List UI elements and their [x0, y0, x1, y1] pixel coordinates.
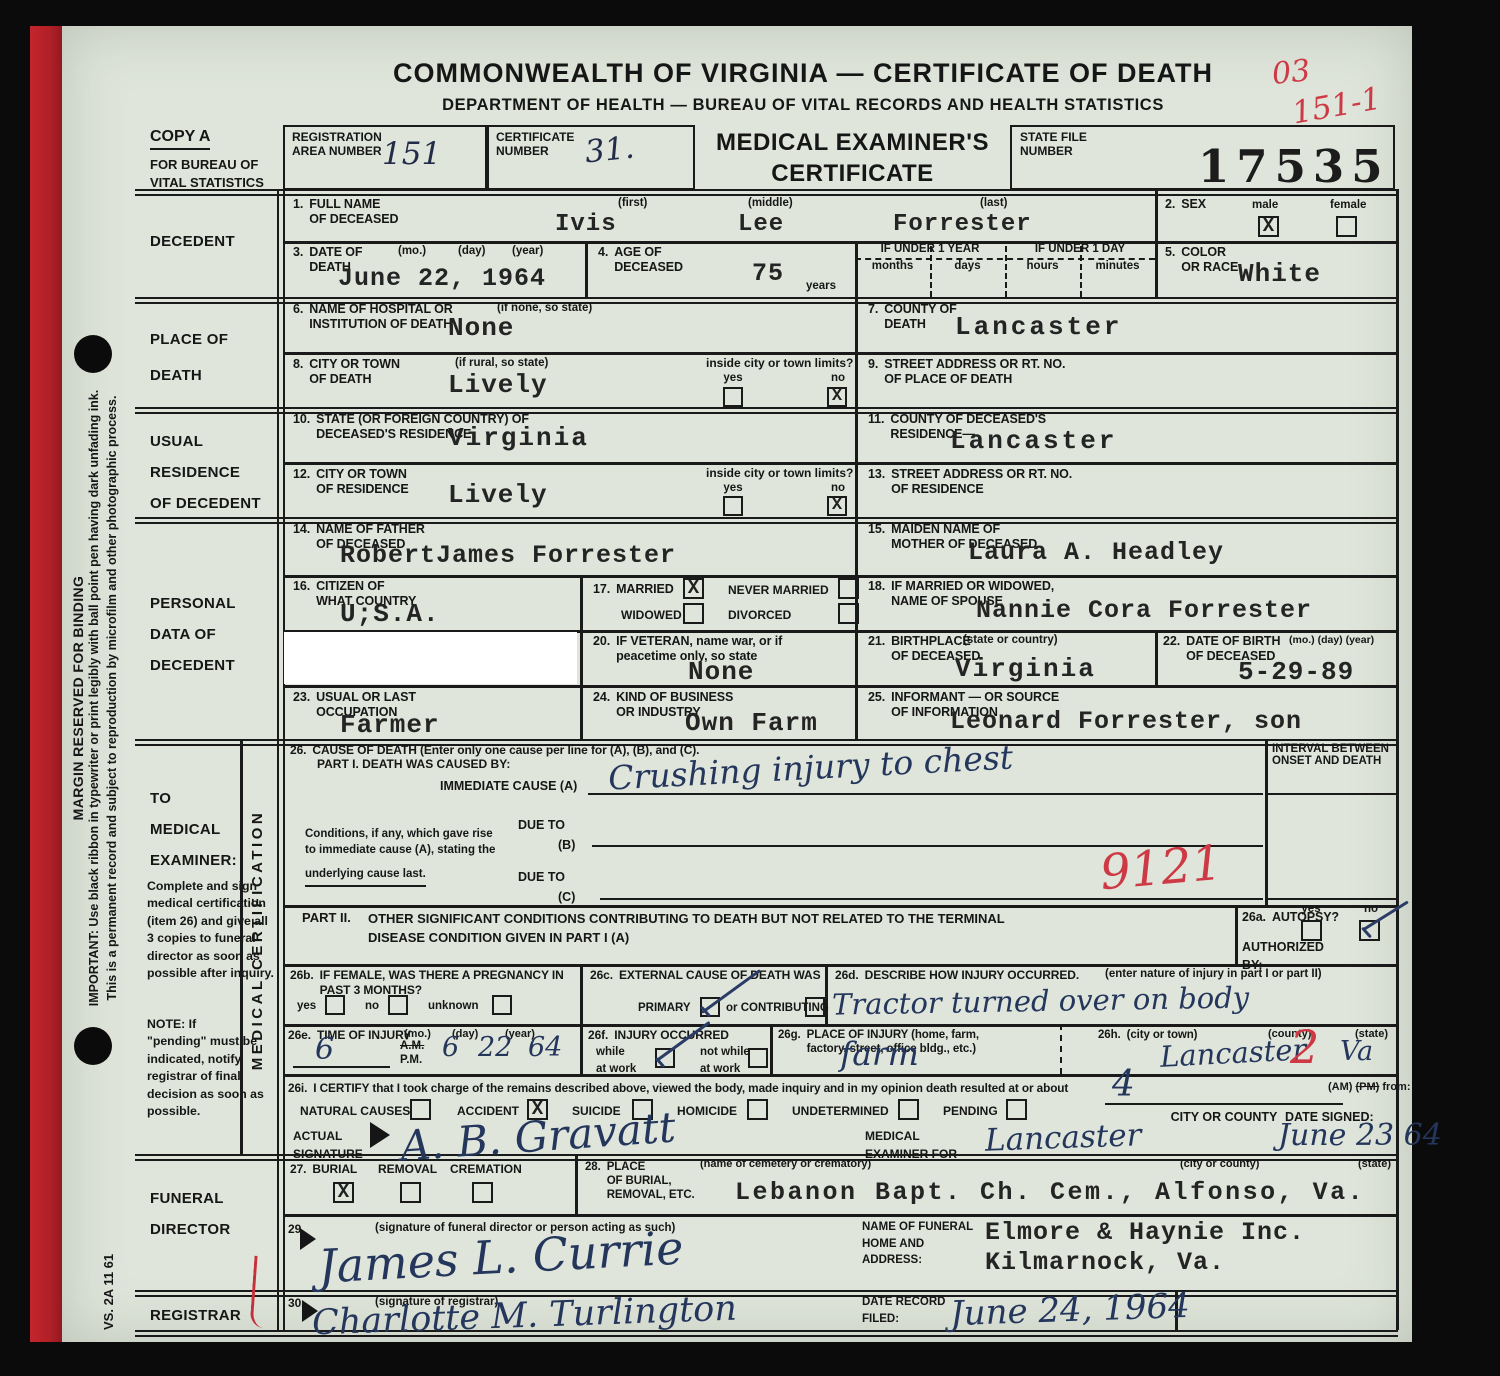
checkbox-pregnancy-yes [325, 995, 345, 1015]
divorced-label: DIVORCED [728, 608, 791, 622]
interval-label: INTERVAL BETWEEN ONSET AND DEATH [1272, 743, 1389, 767]
mo-caption: (mo.) [404, 1028, 431, 1040]
state-file-number-label: STATE FILE NUMBER [1020, 130, 1087, 158]
informant-value: Leonard Forrester, son [950, 707, 1302, 736]
city-of-death-value: Lively [448, 370, 548, 400]
checkbox-divorced [838, 603, 859, 624]
x-mark: X [1263, 215, 1274, 237]
certify-text: I CERTIFY that I took charge of the rema… [313, 1081, 1068, 1095]
field-number: 26b. [290, 968, 314, 983]
conditions-note-underlined: underlying cause last. [305, 866, 426, 887]
date-signed-value: June 23 64 [1278, 1118, 1442, 1153]
full-name-label: FULL NAME OF DECEASED [309, 197, 398, 228]
city-residence-value: Lively [448, 480, 548, 510]
checkbox-contributing [805, 997, 825, 1017]
pending-note: NOTE: If "pending" must be indicated, no… [147, 1016, 264, 1121]
divider [1155, 189, 1158, 297]
if-under-1-year-label: IF UNDER 1 YEAR [855, 243, 1005, 255]
copy-a-block: COPY A FOR BUREAU OF VITAL STATISTICS [150, 128, 264, 193]
divider [277, 189, 285, 1330]
cremation-label: CREMATION [450, 1162, 522, 1176]
divider [283, 964, 1398, 967]
checkbox-limits-yes [723, 387, 743, 407]
not-while-at-work-label: not while at work [700, 1044, 750, 1079]
checkbox-burial: X [333, 1182, 354, 1203]
field-number: 26g. [778, 1028, 801, 1042]
yes-label: yes [705, 482, 761, 494]
from-caption: from: [1382, 1081, 1410, 1093]
field-number: 18. [868, 579, 885, 594]
unknown-label: unknown [428, 1000, 478, 1012]
removal-label: REMOVAL [378, 1162, 437, 1176]
checkbox-pending [1006, 1099, 1027, 1120]
red-annotation-top: 03 [1270, 53, 1312, 92]
field-number: 14. [293, 522, 310, 537]
date-of-birth-value: 5-29-89 [1238, 657, 1354, 687]
section-to-medical-examiner: TO MEDICAL EXAMINER: [150, 784, 237, 876]
sex-label: SEX [1181, 197, 1206, 212]
county-residence-value: Lancaster [950, 426, 1117, 456]
mother-name-value: Laura A. Headley [968, 538, 1224, 567]
natural-causes-label: NATURAL CAUSES [300, 1104, 410, 1118]
place-of-injury-value: farm [840, 1034, 919, 1073]
state-or-country-caption: (state or country) [963, 634, 1058, 646]
checkbox-limits-no: X [827, 387, 847, 407]
section-registrar: REGISTRAR [150, 1301, 241, 1332]
checkbox-sex-female [1336, 216, 1357, 237]
cause-of-death-heading: CAUSE OF DEATH (Enter only one cause per… [312, 743, 699, 758]
x-mark: X [832, 387, 842, 406]
state-file-number-value: 17535 [1198, 140, 1390, 193]
year-caption: (year) [512, 245, 543, 257]
checkbox-sex-male: X [1258, 216, 1279, 237]
pregnancy-label: IF FEMALE, WAS THERE A PREGNANCY IN PAST… [320, 968, 564, 997]
scanned-death-certificate: MARGIN RESERVED FOR BINDING IMPORTANT: U… [0, 0, 1500, 1376]
primary-label: PRIMARY [638, 1002, 691, 1014]
checkbox-pregnancy-no [388, 995, 408, 1015]
never-married-label: NEVER MARRIED [728, 583, 829, 597]
field-number: 27. [290, 1162, 306, 1177]
field-number: 4. [598, 245, 608, 260]
copy-a-sublabel: FOR BUREAU OF VITAL STATISTICS [150, 156, 264, 193]
color-or-race-value: White [1238, 259, 1321, 289]
x-mark: X [688, 577, 699, 599]
field-number: 24. [593, 690, 610, 705]
checkbox-cremation [472, 1182, 493, 1203]
pm-caption-struck: (PM) [1356, 1081, 1380, 1093]
section-place-of-death: PLACE OF DEATH [150, 322, 228, 394]
checkbox-pregnancy-unknown [492, 995, 512, 1015]
date-record-filed-value: June 24, 1964 [949, 1286, 1190, 1334]
resulted-time-value: 4 [1112, 1064, 1135, 1105]
divider [283, 1024, 1398, 1027]
injury-occurred-label: INJURY OCCURRED [614, 1028, 729, 1043]
if-rural-caption: (if rural, so state) [455, 357, 548, 369]
field-number: 9. [868, 357, 878, 372]
checkbox-widowed [683, 603, 704, 624]
field-number: 5. [1165, 245, 1175, 260]
cause-c-line [600, 898, 1263, 900]
field-number: 26h. [1098, 1028, 1121, 1042]
examiner-instructions: Complete and sign medical certification … [147, 878, 274, 983]
city-county-caption: (city or county) [1180, 1158, 1259, 1170]
minutes-label: minutes [1080, 260, 1155, 272]
widowed-label: WIDOWED [621, 608, 682, 622]
father-name-value: RobertJames Forrester [340, 541, 676, 570]
am-label-struck: A.M. [400, 1040, 424, 1052]
field-number: 15. [868, 522, 885, 537]
city-or-county-line [1105, 1103, 1343, 1105]
no-label: no [365, 1000, 379, 1012]
spouse-value: Nannie Cora Forrester [976, 596, 1312, 625]
place-of-burial-value: Lebanon Bapt. Ch. Cem., Alfonso, Va. [735, 1178, 1365, 1207]
date-record-filed-label: DATE RECORD FILED: [862, 1294, 945, 1327]
binding-red-strip [30, 26, 64, 1342]
street-address-death-label: STREET ADDRESS OR RT. NO. OF PLACE OF DE… [884, 357, 1065, 388]
homicide-label: HOMICIDE [677, 1104, 737, 1118]
limits-question: inside city or town limits? [706, 466, 853, 480]
business-value: Own Farm [685, 708, 818, 738]
part1-label: PART I. DEATH WAS CAUSED BY: [317, 757, 510, 771]
medical-examiner-for-value: Lancaster [984, 1117, 1142, 1158]
divider [585, 241, 588, 297]
state-caption: (state) [1358, 1158, 1391, 1170]
divider [825, 964, 828, 1024]
margin-heading: MARGIN RESERVED FOR BINDING [70, 74, 86, 1322]
yes-label: yes [1288, 903, 1334, 915]
redacted-area [284, 632, 577, 684]
certificate-number-value: 31. [583, 130, 636, 171]
veteran-value: None [688, 657, 754, 687]
checkbox-undetermined [898, 1099, 919, 1120]
county-of-death-value: Lancaster [955, 312, 1122, 342]
no-label: no [810, 482, 866, 494]
checkbox-never-married [838, 578, 859, 599]
divider [1155, 630, 1158, 685]
section-usual-residence: USUAL RESIDENCE OF DECEDENT [150, 427, 261, 519]
field-number: 21. [868, 634, 885, 649]
cause-b-label: (B) [558, 838, 575, 852]
burial-label: BURIAL [312, 1162, 357, 1177]
limits-question: inside city or town limits? [706, 356, 853, 370]
divider [135, 189, 1398, 196]
field-number: 22. [1163, 634, 1180, 649]
last-caption: (last) [980, 197, 1007, 209]
arrow-icon [370, 1122, 390, 1148]
form-number: VS. 2A 11 61 [101, 1202, 116, 1330]
male-label: male [1252, 199, 1278, 211]
funeral-home-name: Elmore & Haynie Inc. [985, 1218, 1305, 1247]
section-personal-data: PERSONAL DATA OF DECEDENT [150, 589, 236, 681]
cemetery-caption: (name of cemetery or crematory) [700, 1158, 871, 1170]
x-mark: X [832, 496, 842, 515]
divider [1060, 1024, 1062, 1074]
county-of-death-label: COUNTY OF DEATH [884, 302, 956, 333]
external-cause-label: EXTERNAL CAUSE OF DEATH WAS [619, 968, 821, 983]
document-title: COMMONWEALTH OF VIRGINIA — CERTIFICATE O… [283, 58, 1323, 89]
checkbox-homicide [747, 1099, 768, 1120]
divider [283, 905, 1398, 908]
copy-a-label: COPY A [150, 128, 210, 150]
street-address-residence-label: STREET ADDRESS OR RT. NO. OF RESIDENCE [891, 467, 1072, 498]
red-code-value: 9121 [1098, 835, 1225, 901]
field-number: 28. [585, 1160, 601, 1174]
dob-caption: (mo.) (day) (year) [1289, 634, 1374, 646]
part2-number: PART II. [302, 910, 351, 925]
am-pm-from: (AM) (PM) from: [1328, 1081, 1411, 1093]
time-of-injury-value: 6 [315, 1032, 334, 1067]
certificate-number-label: CERTIFICATE NUMBER [496, 130, 574, 158]
field-number: 25. [868, 690, 885, 705]
injury-year-value: 64 [528, 1032, 562, 1063]
checkbox-removal [400, 1182, 421, 1203]
hospital-value: None [448, 313, 514, 343]
funeral-home-label: NAME OF FUNERAL HOME AND ADDRESS: [862, 1219, 973, 1269]
pending-label: PENDING [943, 1104, 998, 1118]
field-number: 1. [293, 197, 303, 212]
x-mark: X [338, 1181, 349, 1203]
last-name-value: Forrester [893, 211, 1032, 238]
divider [770, 1024, 773, 1074]
part2-text: OTHER SIGNIFICANT CONDITIONS CONTRIBUTIN… [368, 910, 1005, 948]
field-number: 26c. [590, 968, 613, 983]
hours-label: hours [1005, 260, 1080, 272]
field-number: 26. [290, 743, 306, 758]
middle-caption: (middle) [748, 197, 793, 209]
occupation-value: Farmer [340, 710, 440, 740]
checkbox-married: X [683, 578, 704, 599]
divider [283, 352, 1398, 355]
divider [580, 1024, 583, 1074]
field-number: 26d. [835, 968, 859, 983]
divider [1396, 189, 1399, 1330]
checkbox-natural-causes [410, 1099, 431, 1120]
registration-area-label: REGISTRATION AREA NUMBER [292, 130, 382, 158]
injury-day-value: 22 [478, 1032, 512, 1063]
divider [283, 1214, 1398, 1217]
funeral-home-address: Kilmarnock, Va. [985, 1248, 1225, 1277]
divider [283, 685, 1398, 688]
field-number: 16. [293, 579, 310, 594]
hospital-label: NAME OF HOSPITAL OR INSTITUTION OF DEATH [309, 302, 452, 333]
field-number: 26e. [288, 1028, 311, 1043]
field-number: 26a. [1242, 910, 1266, 925]
actual-signature-label: ACTUAL SIGNATURE [293, 1127, 363, 1163]
how-injury-occurred-value: Tractor turned over on body [832, 980, 1250, 1021]
field-number: 11. [868, 412, 884, 427]
date-of-death-value: June 22, 1964 [338, 264, 546, 293]
middle-name-value: Lee [738, 211, 784, 238]
field-number: 6. [293, 302, 303, 317]
field-number: 20. [593, 634, 610, 649]
mo-caption: (mo.) [398, 245, 426, 257]
city-of-death-label: CITY OR TOWN OF DEATH [309, 357, 400, 388]
undetermined-label: UNDETERMINED [792, 1104, 889, 1118]
divider [1265, 739, 1268, 905]
binding-margin-text: MARGIN RESERVED FOR BINDING IMPORTANT: U… [70, 74, 134, 1322]
checkbox-limits-no: X [827, 496, 847, 516]
divider [283, 462, 1398, 465]
color-or-race-label: COLOR OR RACE [1181, 245, 1238, 276]
injury-state-value: Va [1340, 1036, 1373, 1067]
divider [240, 739, 243, 1154]
age-value: 75 [752, 259, 784, 288]
place-of-burial-label: PLACE OF BURIAL, REMOVAL, ETC. [607, 1160, 695, 1202]
divider [283, 241, 1398, 244]
checkbox-limits-yes [723, 496, 743, 516]
due-to-label: DUE TO [518, 818, 565, 832]
divider [580, 575, 583, 739]
first-name-value: Ivis [555, 211, 617, 238]
section-decedent: DECEDENT [150, 227, 235, 258]
interval-line [1267, 793, 1396, 795]
conditions-note: Conditions, if any, which gave rise to i… [305, 827, 495, 858]
divider [1235, 905, 1238, 964]
field-number: 13. [868, 467, 885, 482]
arrow-icon [300, 1228, 316, 1250]
margin-line1: IMPORTANT: Use black ribbon in typewrite… [86, 74, 104, 1322]
divider [580, 964, 583, 1024]
medical-examiners-certificate-title: MEDICAL EXAMINER'S CERTIFICATE [695, 127, 1010, 189]
am-caption: (AM) [1328, 1081, 1352, 1093]
field-number: 12. [293, 467, 310, 482]
divider [575, 1154, 578, 1214]
citizen-value: U;S.A. [340, 599, 440, 629]
months-label: months [855, 260, 930, 272]
red-mark-2: 2 [1290, 1020, 1319, 1074]
day-caption: (day) [458, 245, 485, 257]
document-subtitle: DEPARTMENT OF HEALTH — BUREAU OF VITAL R… [283, 96, 1323, 115]
field-number: 3. [293, 245, 303, 260]
divider [283, 1074, 1398, 1077]
years-unit: years [806, 280, 836, 292]
section-funeral-director: FUNERAL DIRECTOR [150, 1184, 230, 1246]
birthplace-value: Virginia [955, 654, 1096, 684]
field-number: 2. [1165, 197, 1175, 212]
field-number: 10. [293, 412, 310, 427]
no-label: no [810, 372, 866, 384]
while-at-work-label: while at work [596, 1044, 636, 1079]
yes-label: yes [297, 1000, 316, 1012]
registration-area-value: 151 [382, 136, 441, 172]
married-label: MARRIED [616, 582, 674, 597]
state-residence-value: Virginia [448, 423, 589, 453]
margin-line2: This is a permanent record and subject t… [104, 74, 122, 1322]
pm-label: P.M. [400, 1054, 422, 1066]
days-label: days [930, 260, 1005, 272]
time-of-injury-line [293, 1066, 390, 1068]
yes-label: yes [705, 372, 761, 384]
field-number: 26i. [288, 1081, 307, 1095]
field-number: 17. [593, 582, 610, 597]
immediate-cause-label: IMMEDIATE CAUSE (A) [440, 779, 577, 793]
field-number: 7. [868, 302, 878, 317]
injury-nature-caption: (enter nature of injury in part I or par… [1105, 968, 1322, 980]
field-number: 8. [293, 357, 303, 372]
due-to-label: DUE TO [518, 870, 565, 884]
interval-line [1267, 898, 1396, 900]
injury-month-value: 6 [442, 1032, 459, 1063]
checkbox-not-while-at-work [748, 1048, 768, 1068]
if-under-1-day-label: IF UNDER 1 DAY [1005, 243, 1155, 255]
city-residence-label: CITY OR TOWN OF RESIDENCE [316, 467, 409, 498]
age-label: AGE OF DECEASED [614, 245, 683, 276]
field-number: 26f. [588, 1028, 608, 1043]
cause-c-label: (C) [558, 890, 575, 904]
field-number: 23. [293, 690, 310, 705]
first-caption: (first) [618, 197, 647, 209]
medical-examiner-for-label: MEDICAL EXAMINER FOR [865, 1127, 957, 1163]
how-injury-occurred-label: DESCRIBE HOW INJURY OCCURRED. [865, 968, 1079, 983]
female-label: female [1330, 199, 1366, 211]
